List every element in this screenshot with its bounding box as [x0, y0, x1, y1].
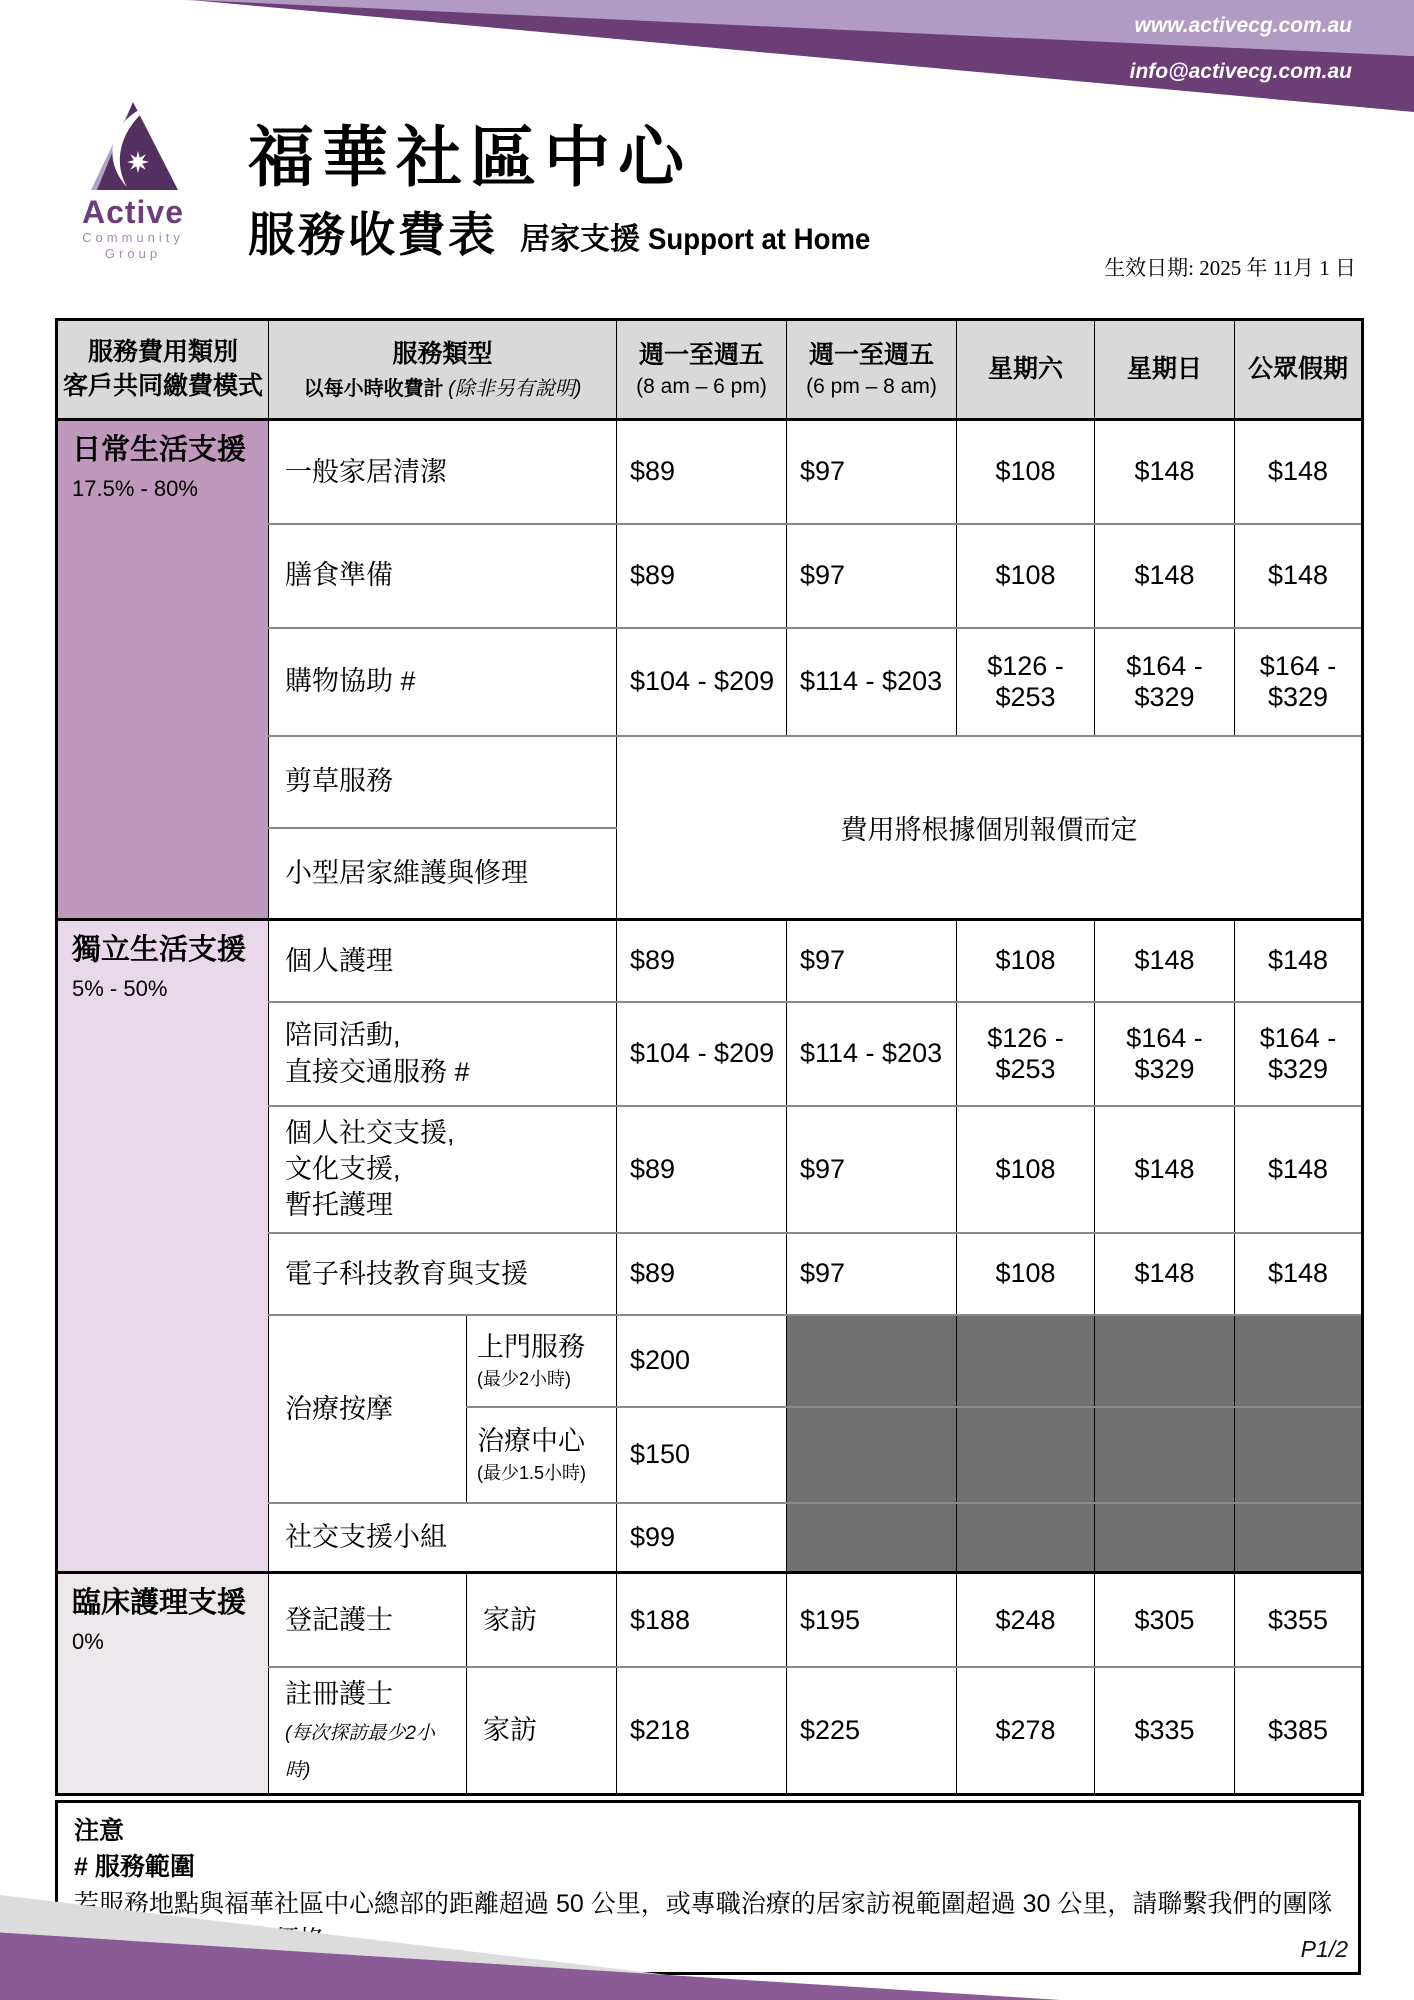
effective-date: 生效日期: 2025 年 11月 1 日 — [1104, 252, 1356, 282]
category-header-line1: 服務費用類別 — [58, 336, 268, 370]
blocked-cell — [1235, 1315, 1363, 1407]
service-cell: 小型居家維護與修理 — [269, 828, 617, 920]
col-header-sunday: 星期日 — [1095, 320, 1235, 420]
tagline-en: Support at Home — [648, 223, 870, 257]
logo-sub-text-1: Community — [70, 230, 196, 247]
price-cell: $150 — [617, 1407, 787, 1503]
quote-cell: 費用將根據個別報價而定 — [617, 736, 1363, 920]
weekday-day-hours: (8 am – 6 pm) — [617, 373, 786, 400]
fee-table: 服務費用類別 客戶共同繳費模式 服務類型 以每小時收費計 (除非另有說明) 週一… — [55, 318, 1364, 1796]
price-cell: $248 — [957, 1573, 1095, 1667]
service-cell: 購物協助 # — [269, 628, 617, 736]
blocked-cell — [957, 1315, 1095, 1407]
table-row: 臨床護理支援 0% 登記護士 家訪 $188 $195 $248 $305 $3… — [57, 1573, 1363, 1667]
category-title: 日常生活支援 — [72, 433, 254, 468]
price-cell: $195 — [787, 1573, 957, 1667]
header-row: 服務費用類別 客戶共同繳費模式 服務類型 以每小時收費計 (除非另有說明) 週一… — [57, 320, 1363, 420]
price-cell: $355 — [1235, 1573, 1363, 1667]
weekday-night-label: 週一至週五 — [787, 339, 956, 373]
fee-schedule: 服務費用類別 客戶共同繳費模式 服務類型 以每小時收費計 (除非另有說明) 週一… — [55, 318, 1361, 1975]
category-title: 臨床護理支援 — [72, 1586, 254, 1621]
category-cell-clinical-care: 臨床護理支援 0% — [57, 1573, 269, 1795]
service-cell: 陪同活動, 直接交通服務 # — [269, 1002, 617, 1106]
category-title: 獨立生活支援 — [72, 933, 254, 968]
price-cell: $126 - $253 — [957, 628, 1095, 736]
price-cell: $97 — [787, 524, 957, 628]
tagline: 居家支援Support at Home — [520, 214, 890, 258]
logo-sub-text-2: Group — [70, 246, 196, 263]
public-holiday-label: 公眾假期 — [1235, 353, 1361, 387]
category-cell-daily-living: 日常生活支援 17.5% - 80% — [57, 420, 269, 920]
blocked-cell — [1235, 1503, 1363, 1573]
footer-banner — [0, 1850, 1414, 2000]
service-cell: 個人社交支援, 文化支援, 暫托護理 — [269, 1106, 617, 1233]
price-cell: $148 — [1235, 1106, 1363, 1233]
category-copay: 0% — [72, 1629, 254, 1655]
price-cell: $97 — [787, 1106, 957, 1233]
price-cell: $335 — [1095, 1667, 1235, 1795]
service-header-sub-bold: 以每小時收費計 — [304, 378, 444, 400]
website-url: www.activecg.com.au — [1135, 14, 1352, 38]
price-cell: $97 — [787, 420, 957, 524]
price-cell: $148 — [1235, 420, 1363, 524]
email-address: info@activecg.com.au — [1130, 60, 1352, 84]
table-row: 日常生活支援 17.5% - 80% 一般家居清潔 $89 $97 $108 $… — [57, 420, 1363, 524]
col-header-category: 服務費用類別 客戶共同繳費模式 — [57, 320, 269, 420]
blocked-cell — [1095, 1503, 1235, 1573]
price-cell: $164 - $329 — [1095, 628, 1235, 736]
category-copay: 17.5% - 80% — [72, 476, 254, 502]
price-cell: $385 — [1235, 1667, 1363, 1795]
price-cell: $126 - $253 — [957, 1002, 1095, 1106]
visit-type-cell: 家訪 — [467, 1667, 617, 1795]
price-cell: $114 - $203 — [787, 1002, 957, 1106]
service-header-sub-italic: (除非另有說明) — [448, 378, 581, 400]
col-header-service: 服務類型 以每小時收費計 (除非另有說明) — [269, 320, 617, 420]
price-cell: $104 - $209 — [617, 628, 787, 736]
price-cell: $99 — [617, 1503, 787, 1573]
price-cell: $89 — [617, 920, 787, 1002]
service-cell: 膳食準備 — [269, 524, 617, 628]
service-option-cell: 治療中心 (最少1.5小時) — [467, 1407, 617, 1503]
weekday-night-hours: (6 pm – 8 am) — [787, 373, 956, 400]
option-note: (最少2小時) — [477, 1365, 606, 1391]
tagline-zh: 居家支援 — [520, 223, 640, 256]
price-cell: $148 — [1095, 420, 1235, 524]
blocked-cell — [787, 1503, 957, 1573]
logo-triangle-icon — [83, 100, 183, 196]
note-title: 注意 — [74, 1813, 1342, 1849]
service-cell: 個人護理 — [269, 920, 617, 1002]
option-title: 上門服務 — [477, 1331, 606, 1363]
price-cell: $97 — [787, 920, 957, 1002]
col-header-weekday-day: 週一至週五 (8 am – 6 pm) — [617, 320, 787, 420]
saturday-label: 星期六 — [957, 353, 1094, 387]
page-subtitle: 服務收費表 — [248, 198, 498, 265]
logo-brand-text: Active — [70, 196, 196, 230]
price-cell: $148 — [1095, 1106, 1235, 1233]
page-title: 福華社區中心 — [248, 104, 692, 199]
price-cell: $89 — [617, 524, 787, 628]
category-copay: 5% - 50% — [72, 976, 254, 1002]
price-cell: $108 — [957, 1106, 1095, 1233]
price-cell: $148 — [1095, 1233, 1235, 1315]
service-cell: 電子科技教育與支援 — [269, 1233, 617, 1315]
blocked-cell — [1095, 1407, 1235, 1503]
price-cell: $104 - $209 — [617, 1002, 787, 1106]
price-cell: $89 — [617, 1233, 787, 1315]
price-cell: $148 — [1095, 524, 1235, 628]
price-cell: $148 — [1235, 524, 1363, 628]
blocked-cell — [787, 1407, 957, 1503]
price-cell: $278 — [957, 1667, 1095, 1795]
price-cell: $305 — [1095, 1573, 1235, 1667]
price-cell: $108 — [957, 524, 1095, 628]
col-header-public-holiday: 公眾假期 — [1235, 320, 1363, 420]
price-cell: $108 — [957, 1233, 1095, 1315]
blocked-cell — [957, 1503, 1095, 1573]
table-row: 獨立生活支援 5% - 50% 個人護理 $89 $97 $108 $148 $… — [57, 920, 1363, 1002]
col-header-weekday-night: 週一至週五 (6 pm – 8 am) — [787, 320, 957, 420]
price-cell: $164 - $329 — [1235, 1002, 1363, 1106]
service-cell: 登記護士 — [269, 1573, 467, 1667]
price-cell: $148 — [1235, 920, 1363, 1002]
price-cell: $188 — [617, 1573, 787, 1667]
top-banner: www.activecg.com.au info@activecg.com.au — [0, 0, 1414, 112]
category-cell-independent-living: 獨立生活支援 5% - 50% — [57, 920, 269, 1573]
service-option-cell: 上門服務 (最少2小時) — [467, 1315, 617, 1407]
price-cell: $164 - $329 — [1095, 1002, 1235, 1106]
service-cell-massage: 治療按摩 — [269, 1315, 467, 1503]
category-header-line2: 客戶共同繳費模式 — [58, 370, 268, 404]
blocked-cell — [787, 1315, 957, 1407]
price-cell: $114 - $203 — [787, 628, 957, 736]
company-logo: Active Community Group — [70, 100, 196, 263]
price-cell: $164 - $329 — [1235, 628, 1363, 736]
service-cell: 一般家居清潔 — [269, 420, 617, 524]
service-header-title: 服務類型 — [269, 338, 616, 372]
price-cell: $218 — [617, 1667, 787, 1795]
blocked-cell — [1235, 1407, 1363, 1503]
service-note: (每次探訪最少2小時) — [285, 1723, 435, 1780]
price-cell: $148 — [1235, 1233, 1363, 1315]
col-header-saturday: 星期六 — [957, 320, 1095, 420]
price-cell: $108 — [957, 920, 1095, 1002]
service-cell: 註冊護士(每次探訪最少2小時) — [269, 1667, 467, 1795]
service-cell: 社交支援小組 — [269, 1503, 617, 1573]
blocked-cell — [957, 1407, 1095, 1503]
page-number: P1/2 — [1301, 1936, 1348, 1963]
price-cell: $97 — [787, 1233, 957, 1315]
price-cell: $200 — [617, 1315, 787, 1407]
price-cell: $89 — [617, 420, 787, 524]
blocked-cell — [1095, 1315, 1235, 1407]
service-cell: 剪草服務 — [269, 736, 617, 828]
visit-type-cell: 家訪 — [467, 1573, 617, 1667]
option-title: 治療中心 — [477, 1425, 606, 1457]
sunday-label: 星期日 — [1095, 353, 1234, 387]
service-name: 註冊護士 — [285, 1679, 393, 1709]
price-cell: $148 — [1095, 920, 1235, 1002]
price-cell: $89 — [617, 1106, 787, 1233]
option-note: (最少1.5小時) — [477, 1459, 606, 1485]
price-cell: $108 — [957, 420, 1095, 524]
weekday-day-label: 週一至週五 — [617, 339, 786, 373]
price-cell: $225 — [787, 1667, 957, 1795]
